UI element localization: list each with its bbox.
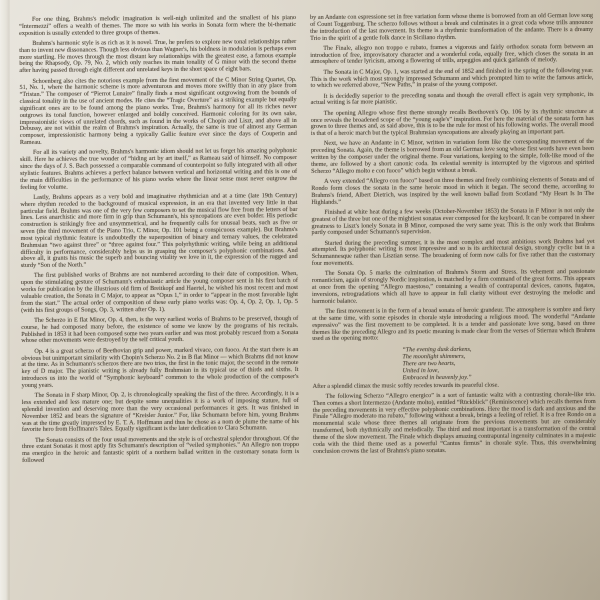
paragraph: Schoenberg also cites the notorious exam… bbox=[19, 77, 296, 147]
paragraph: It is decidedly superior to the precedin… bbox=[311, 92, 594, 108]
paragraph: Lastly, Brahms appears as a very bold an… bbox=[20, 193, 298, 270]
paragraph: Next, we have an Andante in C Minor, wri… bbox=[311, 139, 594, 175]
paragraph: The Sonata in F sharp Minor, Op. 2, is c… bbox=[22, 391, 299, 434]
paragraph: The Sonata consists of the four usual mo… bbox=[22, 436, 299, 465]
paragraph: Op. 4 is a great scherzo of Beethovian g… bbox=[21, 347, 298, 390]
paragraph: The Sonata in C Major, Op. 1, was starte… bbox=[310, 68, 593, 91]
paragraph: by an Andante con espressione set in fre… bbox=[310, 13, 593, 42]
paragraph: Started during the preceding summer, it … bbox=[312, 239, 595, 268]
poem-line: Embraced in heavenly joy.” bbox=[403, 373, 596, 381]
paragraph: The following Scherzo “Allegro energico”… bbox=[313, 392, 596, 456]
paragraph: The opening Allegro whose first theme st… bbox=[311, 109, 594, 138]
paragraph: The Sonata Op. 5 marks the culmination o… bbox=[312, 269, 595, 305]
paragraph: A very extended “Allegro con fuoco” base… bbox=[311, 177, 594, 206]
paragraph: After a splendid climax the music softly… bbox=[313, 382, 596, 391]
paragraph: For one thing, Brahms's melodic imaginat… bbox=[19, 15, 296, 37]
paragraph: Finished at white heat during a few week… bbox=[311, 208, 594, 237]
left-column: For one thing, Brahms's melodic imaginat… bbox=[19, 15, 299, 468]
paragraph: The first published works of Brahms are … bbox=[21, 271, 298, 314]
paragraph: The Finale, allegro non troppo e rubato,… bbox=[310, 44, 593, 67]
printed-sheet: For one thing, Brahms's melodic imaginat… bbox=[0, 0, 600, 600]
paragraph: The Scherzo in E flat Minor, Op. 4, then… bbox=[21, 316, 298, 345]
right-column: by an Andante con espressione set in fre… bbox=[310, 13, 596, 459]
paragraph: Brahms's harmonic style is as rich as it… bbox=[19, 39, 296, 75]
poem-motto: “The evening dusk darkens,The moonlight … bbox=[402, 345, 595, 381]
paragraph: For all its variety and novelty, Brahms'… bbox=[20, 148, 297, 191]
liner-notes-page: For one thing, Brahms's melodic imaginat… bbox=[0, 0, 600, 600]
paragraph: The first movement is in the form of a b… bbox=[312, 307, 595, 343]
